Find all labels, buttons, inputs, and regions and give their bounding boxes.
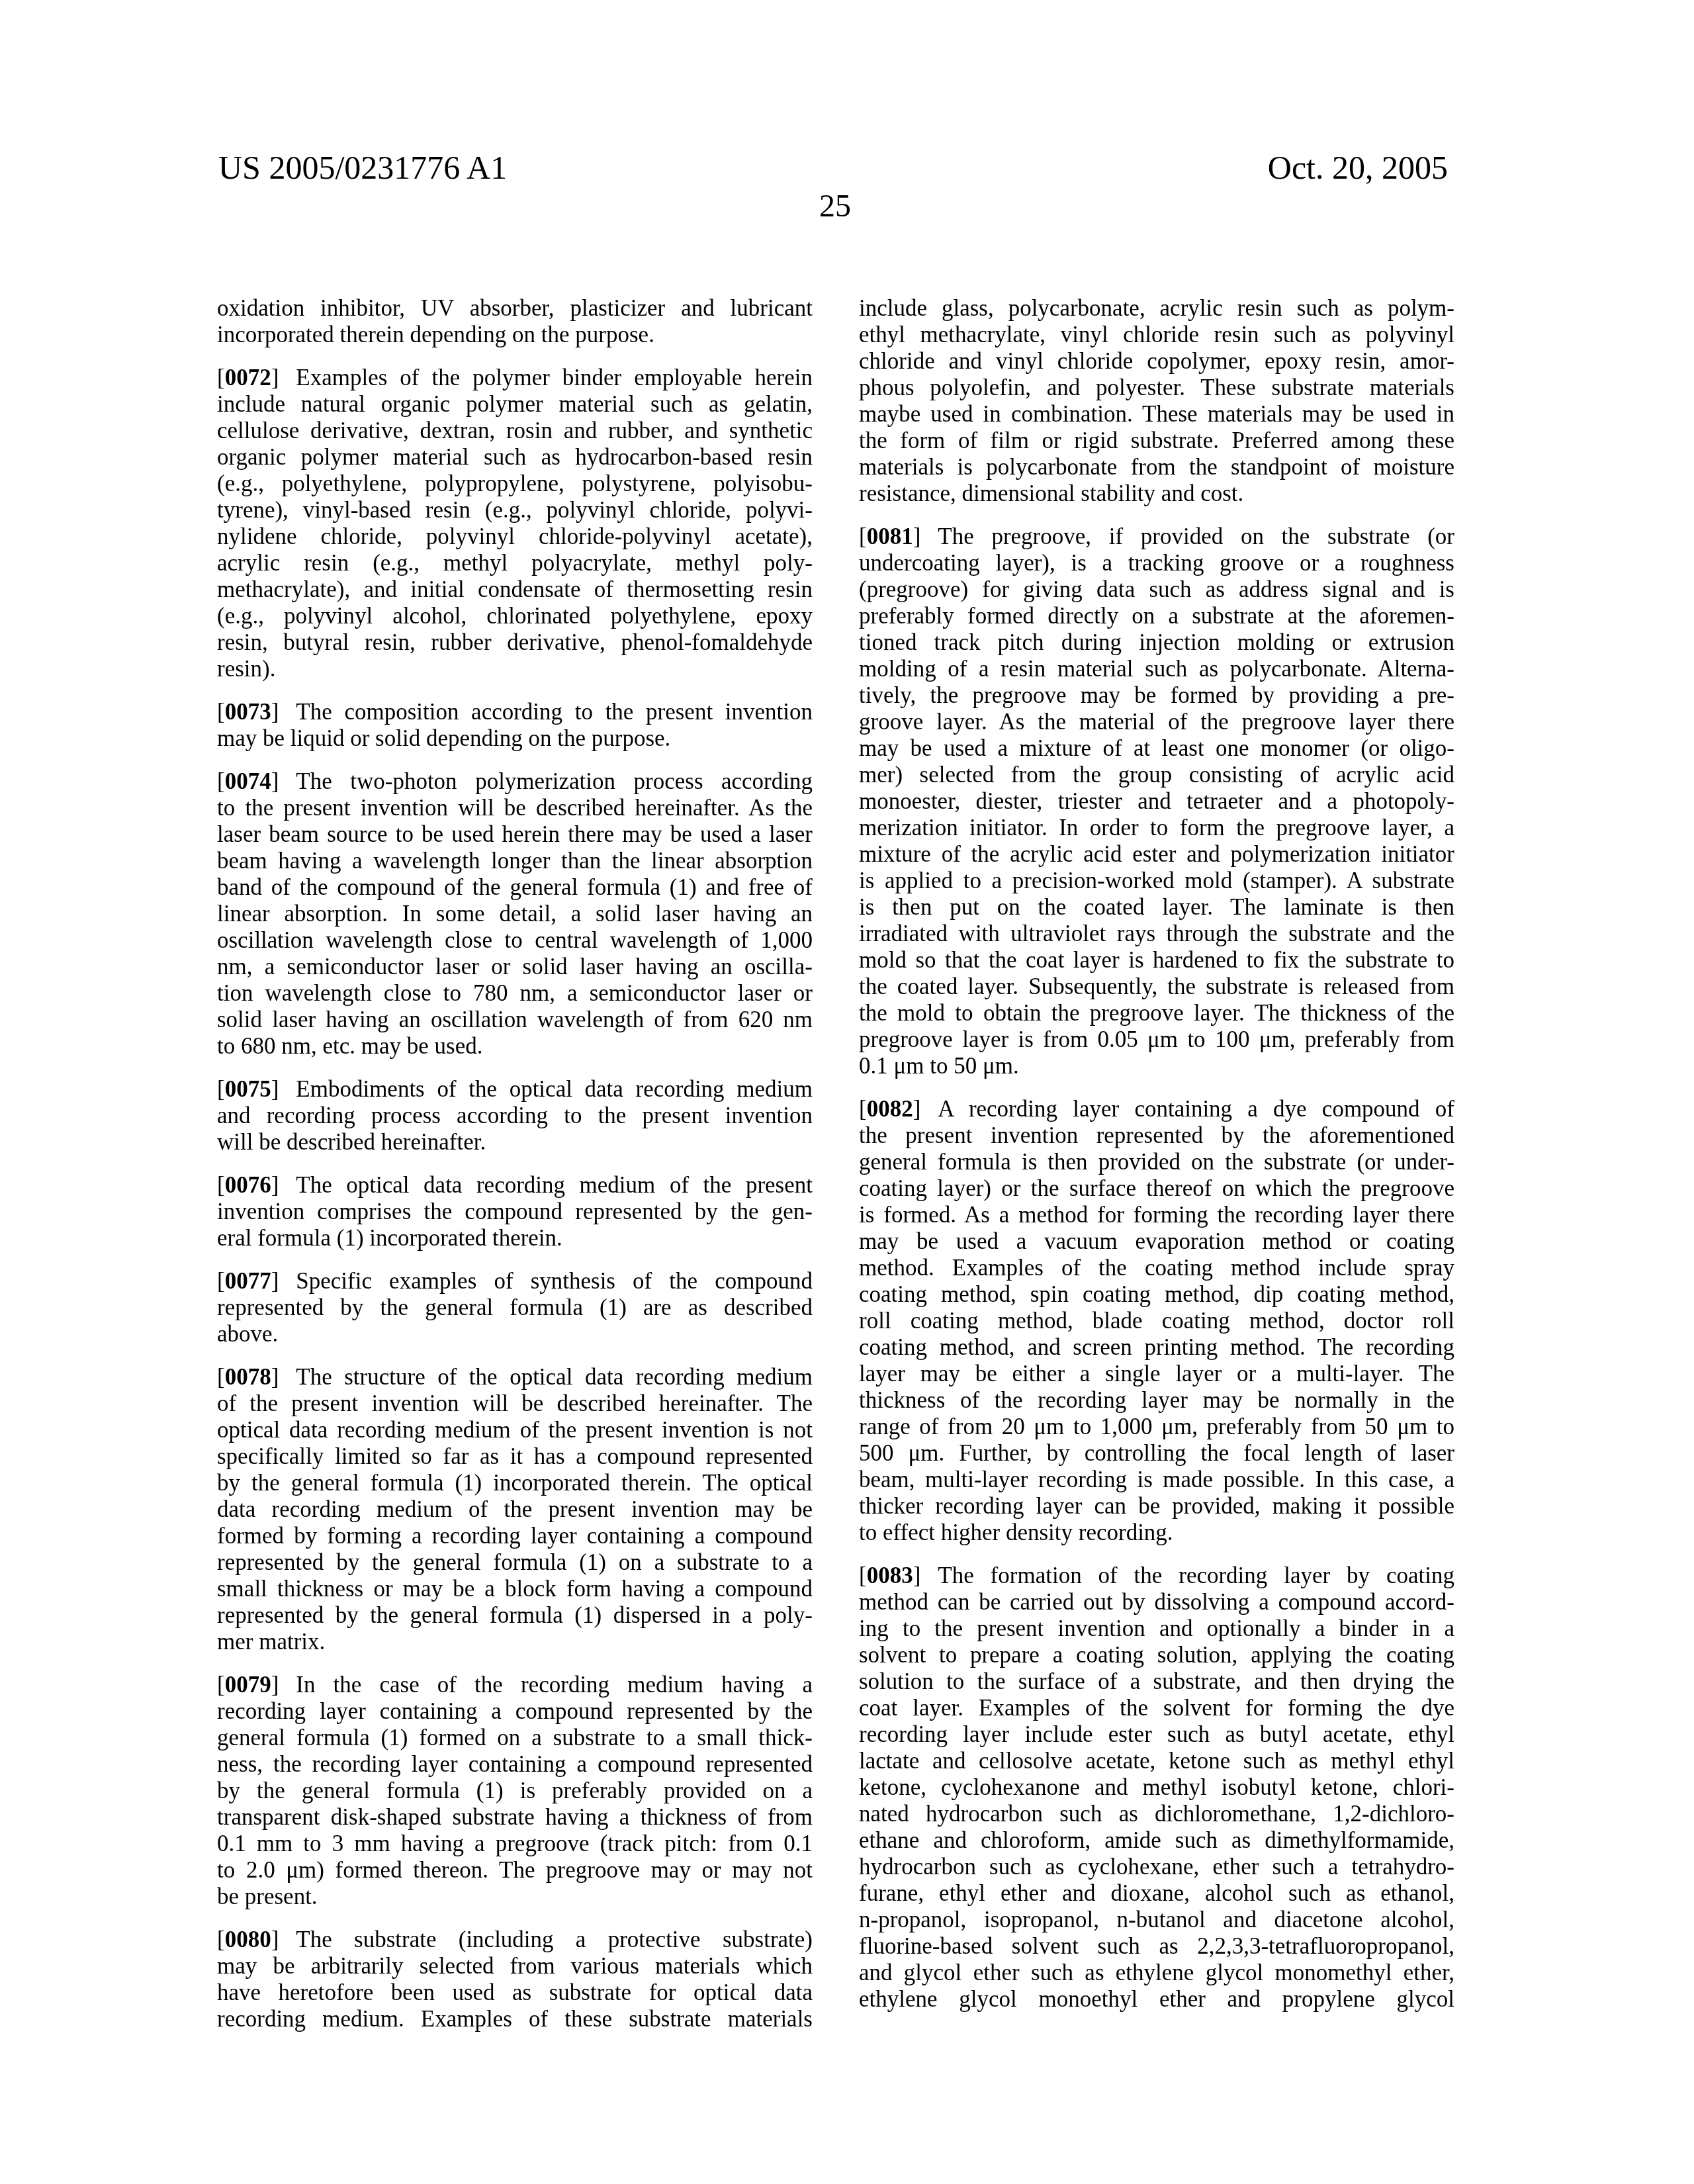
line-text: above.	[217, 1321, 278, 1347]
text-line: include glass, polycarbonate, acrylic re…	[859, 295, 1454, 322]
line-text: to effect higher density recording.	[859, 1520, 1173, 1545]
line-text: undercoating layer), is a tracking groov…	[859, 550, 1454, 576]
text-line: 0.1 μm to 50 μm.	[859, 1053, 1454, 1079]
line-text: acrylic resin (e.g., methyl polyacrylate…	[217, 550, 813, 576]
text-line: tyrene), vinyl-based resin (e.g., polyvi…	[217, 497, 813, 523]
paragraph-0079: [0079]In the case of the recording mediu…	[217, 1672, 813, 1910]
text-line: [0073]The composition according to the p…	[217, 699, 813, 725]
text-line: to 680 nm, etc. may be used.	[217, 1033, 813, 1060]
text-line: mer) selected from the group consisting …	[859, 762, 1454, 788]
line-text: general formula (1) formed on a substrat…	[217, 1725, 813, 1751]
text-line: recording medium. Examples of these subs…	[217, 2006, 813, 2032]
paragraph-number: [0077]	[217, 1268, 279, 1294]
line-text: mold so that the coat layer is hardened …	[859, 947, 1454, 973]
line-text: groove layer. As the material of the pre…	[859, 709, 1454, 735]
line-text: nated hydrocarbon such as dichloromethan…	[859, 1801, 1454, 1827]
line-text: oxidation inhibitor, UV absorber, plasti…	[217, 295, 813, 321]
line-text: monoester, diester, triester and tetraet…	[859, 788, 1454, 814]
paragraph-number: [0083]	[859, 1563, 920, 1588]
line-text: The optical data recording medium of the…	[296, 1172, 813, 1198]
text-line: will be described hereinafter.	[217, 1129, 813, 1156]
paragraph-0075: [0075]Embodiments of the optical data re…	[217, 1076, 813, 1156]
text-line: by the general formula (1) is preferably…	[217, 1778, 813, 1804]
line-text: represented by the general formula (1) a…	[217, 1295, 813, 1320]
line-text: include glass, polycarbonate, acrylic re…	[859, 295, 1454, 321]
line-text: mixture of the acrylic acid ester and po…	[859, 841, 1454, 867]
text-line: layer may be either a single layer or a …	[859, 1361, 1454, 1387]
publication-date: Oct. 20, 2005	[1268, 151, 1448, 184]
line-text: may be used a vacuum evaporation method …	[859, 1228, 1454, 1254]
paragraph-0074: [0074]The two-photon polymerization proc…	[217, 768, 813, 1060]
text-line: may be arbitrarily selected from various…	[217, 1953, 813, 1979]
line-text: The substrate (including a protective su…	[296, 1927, 813, 1952]
text-line: include natural organic polymer material…	[217, 391, 813, 418]
paragraph-continuation: oxidation inhibitor, UV absorber, plasti…	[217, 295, 813, 348]
line-text: The structure of the optical data record…	[296, 1364, 813, 1390]
line-text: resin, butyral resin, rubber derivative,…	[217, 629, 813, 655]
text-line: solid laser having an oscillation wavele…	[217, 1007, 813, 1033]
line-text: transparent disk-shaped substrate having…	[217, 1804, 813, 1830]
text-line: by the general formula (1) incorporated …	[217, 1470, 813, 1496]
page-number: 25	[0, 191, 1670, 222]
line-text: nylidene chloride, polyvinyl chloride-po…	[217, 523, 813, 549]
text-line: the mold to obtain the pregroove layer. …	[859, 1000, 1454, 1026]
line-text: organic polymer material such as hydroca…	[217, 444, 813, 470]
line-text: tyrene), vinyl-based resin (e.g., polyvi…	[217, 497, 813, 523]
text-line: method. Examples of the coating method i…	[859, 1255, 1454, 1281]
line-text: merization initiator. In order to form t…	[859, 815, 1454, 841]
line-text: specifically limited so far as it has a …	[217, 1443, 813, 1469]
text-line: nm, a semiconductor laser or solid laser…	[217, 954, 813, 980]
text-line: beam, multi-layer recording is made poss…	[859, 1467, 1454, 1493]
paragraph-0073: [0073]The composition according to the p…	[217, 699, 813, 752]
line-text: may be liquid or solid depending on the …	[217, 725, 670, 751]
line-text: may be used a mixture of at least one mo…	[859, 735, 1454, 761]
text-line: invention comprises the compound represe…	[217, 1199, 813, 1225]
line-text: ing to the present invention and optiona…	[859, 1615, 1454, 1641]
text-line: the present invention represented by the…	[859, 1122, 1454, 1149]
line-text: mer matrix.	[217, 1629, 325, 1655]
line-text: is then put on the coated layer. The lam…	[859, 894, 1454, 920]
line-text: layer may be either a single layer or a …	[859, 1361, 1454, 1387]
paragraph-number: [0073]	[217, 699, 279, 725]
line-text: to the present invention will be describ…	[217, 795, 813, 821]
right-column: include glass, polycarbonate, acrylic re…	[859, 295, 1454, 2029]
text-line: of the present invention will be describ…	[217, 1390, 813, 1417]
text-line: solvent to prepare a coating solution, a…	[859, 1642, 1454, 1668]
text-line: merization initiator. In order to form t…	[859, 815, 1454, 841]
paragraph-0081: [0081]The pregroove, if provided on the …	[859, 523, 1454, 1079]
text-line: ethane and chloroform, amide such as dim…	[859, 1827, 1454, 1854]
text-line: is applied to a precision-worked mold (s…	[859, 868, 1454, 894]
text-line: beam having a wavelength longer than the…	[217, 848, 813, 874]
text-line: molding of a resin material such as poly…	[859, 656, 1454, 682]
line-text: to 2.0 μm) formed thereon. The pregroove…	[217, 1857, 813, 1883]
line-text: 500 μm. Further, by controlling the foca…	[859, 1440, 1454, 1466]
paragraph-number: [0076]	[217, 1172, 279, 1198]
line-text: ethane and chloroform, amide such as dim…	[859, 1827, 1454, 1853]
line-text: methacrylate), and initial condensate of…	[217, 576, 813, 602]
line-text: coating method, spin coating method, dip…	[859, 1281, 1454, 1307]
line-text: beam, multi-layer recording is made poss…	[859, 1467, 1454, 1492]
line-text: tion wavelength close to 780 nm, a semic…	[217, 980, 813, 1006]
text-line: [0078]The structure of the optical data …	[217, 1364, 813, 1390]
line-text: formed by forming a recording layer cont…	[217, 1523, 813, 1549]
text-line: materials is polycarbonate from the stan…	[859, 454, 1454, 480]
line-text: oscillation wavelength close to central …	[217, 927, 813, 953]
line-text: 0.1 μm to 50 μm.	[859, 1053, 1019, 1079]
line-text: (e.g., polyvinyl alcohol, chlorinated po…	[217, 603, 813, 629]
line-text: 0.1 mm to 3 mm having a pregroove (track…	[217, 1831, 813, 1856]
line-text: general formula is then provided on the …	[859, 1149, 1454, 1175]
line-text: The two-photon polymerization process ac…	[296, 768, 813, 794]
paragraph-0082: [0082]A recording layer containing a dye…	[859, 1096, 1454, 1546]
text-line: have heretofore been used as substrate f…	[217, 1979, 813, 2006]
line-text: eral formula (1) incorporated therein.	[217, 1225, 562, 1251]
line-text: (e.g., polyethylene, polypropylene, poly…	[217, 471, 813, 496]
line-text: recording medium. Examples of these subs…	[217, 2006, 813, 2032]
paragraph-0076: [0076]The optical data recording medium …	[217, 1172, 813, 1251]
text-line: chloride and vinyl chloride copolymer, e…	[859, 348, 1454, 375]
text-line: small thickness or may be a block form h…	[217, 1576, 813, 1602]
text-line: coating layer) or the surface thereof on…	[859, 1175, 1454, 1202]
line-text: by the general formula (1) incorporated …	[217, 1470, 813, 1496]
paragraph-number: [0074]	[217, 768, 279, 794]
left-column: oxidation inhibitor, UV absorber, plasti…	[217, 295, 813, 2049]
text-line: [0076]The optical data recording medium …	[217, 1172, 813, 1199]
line-text: the coated layer. Subsequently, the subs…	[859, 974, 1454, 999]
text-line: methacrylate), and initial condensate of…	[217, 576, 813, 603]
text-line: organic polymer material such as hydroca…	[217, 444, 813, 471]
line-text: ethylene glycol monoethyl ether and prop…	[859, 1986, 1454, 2012]
text-line: data recording medium of the present inv…	[217, 1496, 813, 1523]
line-text: is formed. As a method for forming the r…	[859, 1202, 1454, 1228]
line-text: include natural organic polymer material…	[217, 391, 813, 417]
text-line: thicker recording layer can be provided,…	[859, 1493, 1454, 1520]
text-line: [0079]In the case of the recording mediu…	[217, 1672, 813, 1698]
text-line: is formed. As a method for forming the r…	[859, 1202, 1454, 1228]
publication-number: US 2005/0231776 A1	[218, 151, 507, 184]
text-line: general formula (1) formed on a substrat…	[217, 1725, 813, 1751]
text-line: linear absorption. In some detail, a sol…	[217, 901, 813, 927]
text-line: [0072]Examples of the polymer binder emp…	[217, 365, 813, 391]
text-line: mer matrix.	[217, 1629, 813, 1655]
line-text: and glycol ether such as ethylene glycol…	[859, 1960, 1454, 1985]
text-line: coating method, spin coating method, dip…	[859, 1281, 1454, 1308]
text-line: (e.g., polyvinyl alcohol, chlorinated po…	[217, 603, 813, 629]
text-line: method can be carried out by dissolving …	[859, 1589, 1454, 1615]
text-line: incorporated therein depending on the pu…	[217, 322, 813, 348]
text-line: the form of film or rigid substrate. Pre…	[859, 428, 1454, 454]
line-text: method. Examples of the coating method i…	[859, 1255, 1454, 1281]
line-text: is applied to a precision-worked mold (s…	[859, 868, 1454, 893]
line-text: solid laser having an oscillation wavele…	[217, 1007, 813, 1032]
paragraph-number: [0078]	[217, 1364, 279, 1390]
line-text: mer) selected from the group consisting …	[859, 762, 1454, 788]
line-text: range of from 20 μm to 1,000 μm, prefera…	[859, 1414, 1454, 1439]
line-text: cellulose derivative, dextran, rosin and…	[217, 418, 813, 443]
line-text: represented by the general formula (1) d…	[217, 1602, 813, 1628]
text-line: irradiated with ultraviolet rays through…	[859, 921, 1454, 947]
text-line: oxidation inhibitor, UV absorber, plasti…	[217, 295, 813, 322]
line-text: beam having a wavelength longer than the…	[217, 848, 813, 874]
text-line: nated hydrocarbon such as dichloromethan…	[859, 1801, 1454, 1827]
line-text: preferably formed directly on a substrat…	[859, 603, 1454, 629]
paragraph-0077: [0077]Specific examples of synthesis of …	[217, 1268, 813, 1347]
text-line: [0081]The pregroove, if provided on the …	[859, 523, 1454, 550]
text-line: pregroove layer is from 0.05 μm to 100 μ…	[859, 1026, 1454, 1053]
text-line: tively, the pregroove may be formed by p…	[859, 682, 1454, 709]
text-line: band of the compound of the general form…	[217, 874, 813, 901]
line-text: tively, the pregroove may be formed by p…	[859, 682, 1454, 708]
line-text: hydrocarbon such as cyclohexane, ether s…	[859, 1854, 1454, 1880]
line-text: materials is polycarbonate from the stan…	[859, 454, 1454, 480]
text-line: tion wavelength close to 780 nm, a semic…	[217, 980, 813, 1007]
text-line: recording layer containing a compound re…	[217, 1698, 813, 1725]
line-text: data recording medium of the present inv…	[217, 1496, 813, 1522]
text-line: may be used a mixture of at least one mo…	[859, 735, 1454, 762]
text-line: the coated layer. Subsequently, the subs…	[859, 974, 1454, 1000]
text-line: acrylic resin (e.g., methyl polyacrylate…	[217, 550, 813, 576]
text-line: monoester, diester, triester and tetraet…	[859, 788, 1454, 815]
text-line: preferably formed directly on a substrat…	[859, 603, 1454, 629]
line-text: be present.	[217, 1884, 318, 1909]
paragraph-number: [0080]	[217, 1927, 279, 1952]
text-line: [0083]The formation of the recording lay…	[859, 1563, 1454, 1589]
text-line: phous polyolefin, and polyester. These s…	[859, 375, 1454, 401]
text-line: recording layer include ester such as bu…	[859, 1721, 1454, 1748]
paragraph-0078: [0078]The structure of the optical data …	[217, 1364, 813, 1655]
paragraph-0083: [0083]The formation of the recording lay…	[859, 1563, 1454, 2013]
text-line: specifically limited so far as it has a …	[217, 1443, 813, 1470]
line-text: have heretofore been used as substrate f…	[217, 1979, 813, 2005]
paragraph-number: [0082]	[859, 1096, 920, 1122]
text-line: coating method, and screen printing meth…	[859, 1334, 1454, 1361]
line-text: In the case of the recording medium havi…	[296, 1672, 813, 1698]
text-line: resin, butyral resin, rubber derivative,…	[217, 629, 813, 656]
text-line: general formula is then provided on the …	[859, 1149, 1454, 1175]
line-text: ness, the recording layer containing a c…	[217, 1751, 813, 1777]
text-line: solution to the surface of a substrate, …	[859, 1668, 1454, 1695]
text-line: oscillation wavelength close to central …	[217, 927, 813, 954]
line-text: thickness of the recording layer may be …	[859, 1387, 1454, 1413]
line-text: Specific examples of synthesis of the co…	[296, 1268, 813, 1294]
text-line: thickness of the recording layer may be …	[859, 1387, 1454, 1414]
line-text: the form of film or rigid substrate. Pre…	[859, 428, 1454, 453]
text-line: roll coating method, blade coating metho…	[859, 1308, 1454, 1334]
text-line: may be liquid or solid depending on the …	[217, 725, 813, 752]
line-text: to 680 nm, etc. may be used.	[217, 1033, 482, 1059]
text-line: coat layer. Examples of the solvent for …	[859, 1695, 1454, 1721]
text-line: and recording process according to the p…	[217, 1103, 813, 1129]
line-text: (pregroove) for giving data such as addr…	[859, 576, 1454, 602]
line-text: band of the compound of the general form…	[217, 874, 813, 900]
line-text: optical data recording medium of the pre…	[217, 1417, 813, 1443]
line-text: pregroove layer is from 0.05 μm to 100 μ…	[859, 1026, 1454, 1052]
paragraph-number: [0081]	[859, 523, 920, 549]
line-text: phous polyolefin, and polyester. These s…	[859, 375, 1454, 400]
text-line: resin).	[217, 656, 813, 682]
line-text: recording layer containing a compound re…	[217, 1698, 813, 1724]
line-text: furane, ethyl ether and dioxane, alcohol…	[859, 1880, 1454, 1906]
text-line: [0077]Specific examples of synthesis of …	[217, 1268, 813, 1295]
text-line: ethyl methacrylate, vinyl chloride resin…	[859, 322, 1454, 348]
paragraph-0080: [0080]The substrate (including a protect…	[217, 1927, 813, 2032]
line-text: and recording process according to the p…	[217, 1103, 813, 1128]
line-text: lactate and cellosolve acetate, ketone s…	[859, 1748, 1454, 1774]
text-line: transparent disk-shaped substrate having…	[217, 1804, 813, 1831]
text-line: 500 μm. Further, by controlling the foca…	[859, 1440, 1454, 1467]
paragraph-number: [0075]	[217, 1076, 279, 1102]
text-line: ketone, cyclohexanone and methyl isobuty…	[859, 1774, 1454, 1801]
line-text: chloride and vinyl chloride copolymer, e…	[859, 348, 1454, 374]
text-line: above.	[217, 1321, 813, 1347]
text-line: ethylene glycol monoethyl ether and prop…	[859, 1986, 1454, 2013]
line-text: ethyl methacrylate, vinyl chloride resin…	[859, 322, 1454, 347]
text-line: (pregroove) for giving data such as addr…	[859, 576, 1454, 603]
text-line: represented by the general formula (1) d…	[217, 1602, 813, 1629]
text-line: to effect higher density recording.	[859, 1520, 1454, 1546]
text-line: [0082]A recording layer containing a dye…	[859, 1096, 1454, 1122]
line-text: coating method, and screen printing meth…	[859, 1334, 1454, 1360]
text-line: eral formula (1) incorporated therein.	[217, 1225, 813, 1251]
text-line: furane, ethyl ether and dioxane, alcohol…	[859, 1880, 1454, 1907]
paragraph-continuation: include glass, polycarbonate, acrylic re…	[859, 295, 1454, 507]
line-text: The formation of the recording layer by …	[938, 1563, 1454, 1588]
line-text: nm, a semiconductor laser or solid laser…	[217, 954, 813, 979]
line-text: A recording layer containing a dye compo…	[938, 1096, 1454, 1122]
text-line: ing to the present invention and optiona…	[859, 1615, 1454, 1642]
line-text: the present invention represented by the…	[859, 1122, 1454, 1148]
text-line: tioned track pitch during injection mold…	[859, 629, 1454, 656]
line-text: The composition according to the present…	[296, 699, 813, 725]
text-line: ness, the recording layer containing a c…	[217, 1751, 813, 1778]
line-text: roll coating method, blade coating metho…	[859, 1308, 1454, 1334]
line-text: solvent to prepare a coating solution, a…	[859, 1642, 1454, 1668]
line-text: small thickness or may be a block form h…	[217, 1576, 813, 1602]
text-line: n-propanol, isopropanol, n-butanol and d…	[859, 1907, 1454, 1933]
line-text: incorporated therein depending on the pu…	[217, 322, 654, 347]
line-text: by the general formula (1) is preferably…	[217, 1778, 813, 1803]
line-text: linear absorption. In some detail, a sol…	[217, 901, 813, 927]
line-text: maybe used in combination. These materia…	[859, 401, 1454, 427]
line-text: represented by the general formula (1) o…	[217, 1549, 813, 1575]
text-line: resistance, dimensional stability and co…	[859, 480, 1454, 507]
line-text: the mold to obtain the pregroove layer. …	[859, 1000, 1454, 1026]
line-text: recording layer include ester such as bu…	[859, 1721, 1454, 1747]
text-line: formed by forming a recording layer cont…	[217, 1523, 813, 1549]
text-line: is then put on the coated layer. The lam…	[859, 894, 1454, 921]
text-line: groove layer. As the material of the pre…	[859, 709, 1454, 735]
text-line: undercoating layer), is a tracking groov…	[859, 550, 1454, 576]
text-line: maybe used in combination. These materia…	[859, 401, 1454, 428]
paragraph-0072: [0072]Examples of the polymer binder emp…	[217, 365, 813, 682]
line-text: method can be carried out by dissolving …	[859, 1589, 1454, 1615]
text-line: mixture of the acrylic acid ester and po…	[859, 841, 1454, 868]
line-text: Embodiments of the optical data recordin…	[296, 1076, 813, 1102]
line-text: Examples of the polymer binder employabl…	[296, 365, 813, 390]
paragraph-number: [0079]	[217, 1672, 279, 1698]
text-line: optical data recording medium of the pre…	[217, 1417, 813, 1443]
line-text: laser beam source to be used herein ther…	[217, 821, 813, 847]
text-line: 0.1 mm to 3 mm having a pregroove (track…	[217, 1831, 813, 1857]
line-text: irradiated with ultraviolet rays through…	[859, 921, 1454, 946]
text-line: and glycol ether such as ethylene glycol…	[859, 1960, 1454, 1986]
line-text: tioned track pitch during injection mold…	[859, 629, 1454, 655]
text-line: to 2.0 μm) formed thereon. The pregroove…	[217, 1857, 813, 1884]
text-line: (e.g., polyethylene, polypropylene, poly…	[217, 471, 813, 497]
text-line: may be used a vacuum evaporation method …	[859, 1228, 1454, 1255]
text-line: range of from 20 μm to 1,000 μm, prefera…	[859, 1414, 1454, 1440]
text-line: [0080]The substrate (including a protect…	[217, 1927, 813, 1953]
text-line: to the present invention will be describ…	[217, 795, 813, 821]
paragraph-number: [0072]	[217, 365, 279, 390]
line-text: resistance, dimensional stability and co…	[859, 480, 1243, 506]
line-text: ketone, cyclohexanone and methyl isobuty…	[859, 1774, 1454, 1800]
line-text: solution to the surface of a substrate, …	[859, 1668, 1454, 1694]
text-line: be present.	[217, 1884, 813, 1910]
text-line: [0075]Embodiments of the optical data re…	[217, 1076, 813, 1103]
text-line: mold so that the coat layer is hardened …	[859, 947, 1454, 974]
line-text: thicker recording layer can be provided,…	[859, 1493, 1454, 1519]
line-text: will be described hereinafter.	[217, 1129, 486, 1155]
text-line: lactate and cellosolve acetate, ketone s…	[859, 1748, 1454, 1774]
text-line: represented by the general formula (1) o…	[217, 1549, 813, 1576]
line-text: coating layer) or the surface thereof on…	[859, 1175, 1454, 1201]
line-text: molding of a resin material such as poly…	[859, 656, 1454, 682]
line-text: resin).	[217, 656, 275, 682]
text-line: laser beam source to be used herein ther…	[217, 821, 813, 848]
text-line: cellulose derivative, dextran, rosin and…	[217, 418, 813, 444]
line-text: n-propanol, isopropanol, n-butanol and d…	[859, 1907, 1454, 1933]
text-line: nylidene chloride, polyvinyl chloride-po…	[217, 523, 813, 550]
text-line: fluorine-based solvent such as 2,2,3,3-t…	[859, 1933, 1454, 1960]
text-line: hydrocarbon such as cyclohexane, ether s…	[859, 1854, 1454, 1880]
line-text: coat layer. Examples of the solvent for …	[859, 1695, 1454, 1721]
line-text: may be arbitrarily selected from various…	[217, 1953, 813, 1979]
line-text: fluorine-based solvent such as 2,2,3,3-t…	[859, 1933, 1454, 1959]
text-line: [0074]The two-photon polymerization proc…	[217, 768, 813, 795]
line-text: of the present invention will be describ…	[217, 1390, 813, 1416]
line-text: The pregroove, if provided on the substr…	[938, 523, 1454, 549]
text-line: represented by the general formula (1) a…	[217, 1295, 813, 1321]
line-text: invention comprises the compound represe…	[217, 1199, 813, 1224]
